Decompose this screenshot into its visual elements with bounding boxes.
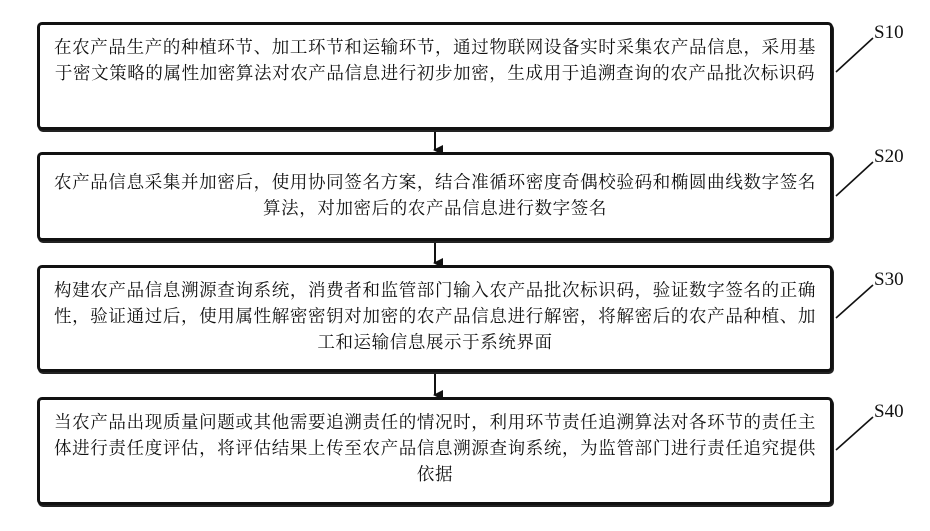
step-label-s40: S40 <box>874 401 904 423</box>
leader-line-s30 <box>836 285 873 318</box>
step-text-s40: 当农产品出现质量问题或其他需要追溯责任的情况时，利用环节责任追溯算法对各环节的责… <box>54 410 816 488</box>
leader-line-s20 <box>836 162 873 196</box>
leader-line-s40 <box>836 417 873 450</box>
step-box-s10: 在农产品生产的种植环节、加工环节和运输环节，通过物联网设备实时采集农产品信息，采… <box>37 22 833 130</box>
step-box-s40: 当农产品出现质量问题或其他需要追溯责任的情况时，利用环节责任追溯算法对各环节的责… <box>37 397 833 505</box>
step-label-s20: S20 <box>874 146 904 168</box>
step-box-s30: 构建农产品信息溯源查询系统，消费者和监管部门输入农产品批次标识码，验证数字签名的… <box>37 265 833 372</box>
step-text-s10: 在农产品生产的种植环节、加工环节和运输环节，通过物联网设备实时采集农产品信息，采… <box>54 35 816 87</box>
step-label-s30: S30 <box>874 269 904 291</box>
leader-line-s10 <box>836 38 873 72</box>
step-text-s20: 农产品信息采集并加密后，使用协同签名方案，结合准循环密度奇偶校验码和椭圆曲线数字… <box>54 170 816 222</box>
step-text-s30: 构建农产品信息溯源查询系统，消费者和监管部门输入农产品批次标识码，验证数字签名的… <box>54 278 816 356</box>
step-box-s20: 农产品信息采集并加密后，使用协同签名方案，结合准循环密度奇偶校验码和椭圆曲线数字… <box>37 152 833 241</box>
step-label-s10: S10 <box>874 22 904 44</box>
